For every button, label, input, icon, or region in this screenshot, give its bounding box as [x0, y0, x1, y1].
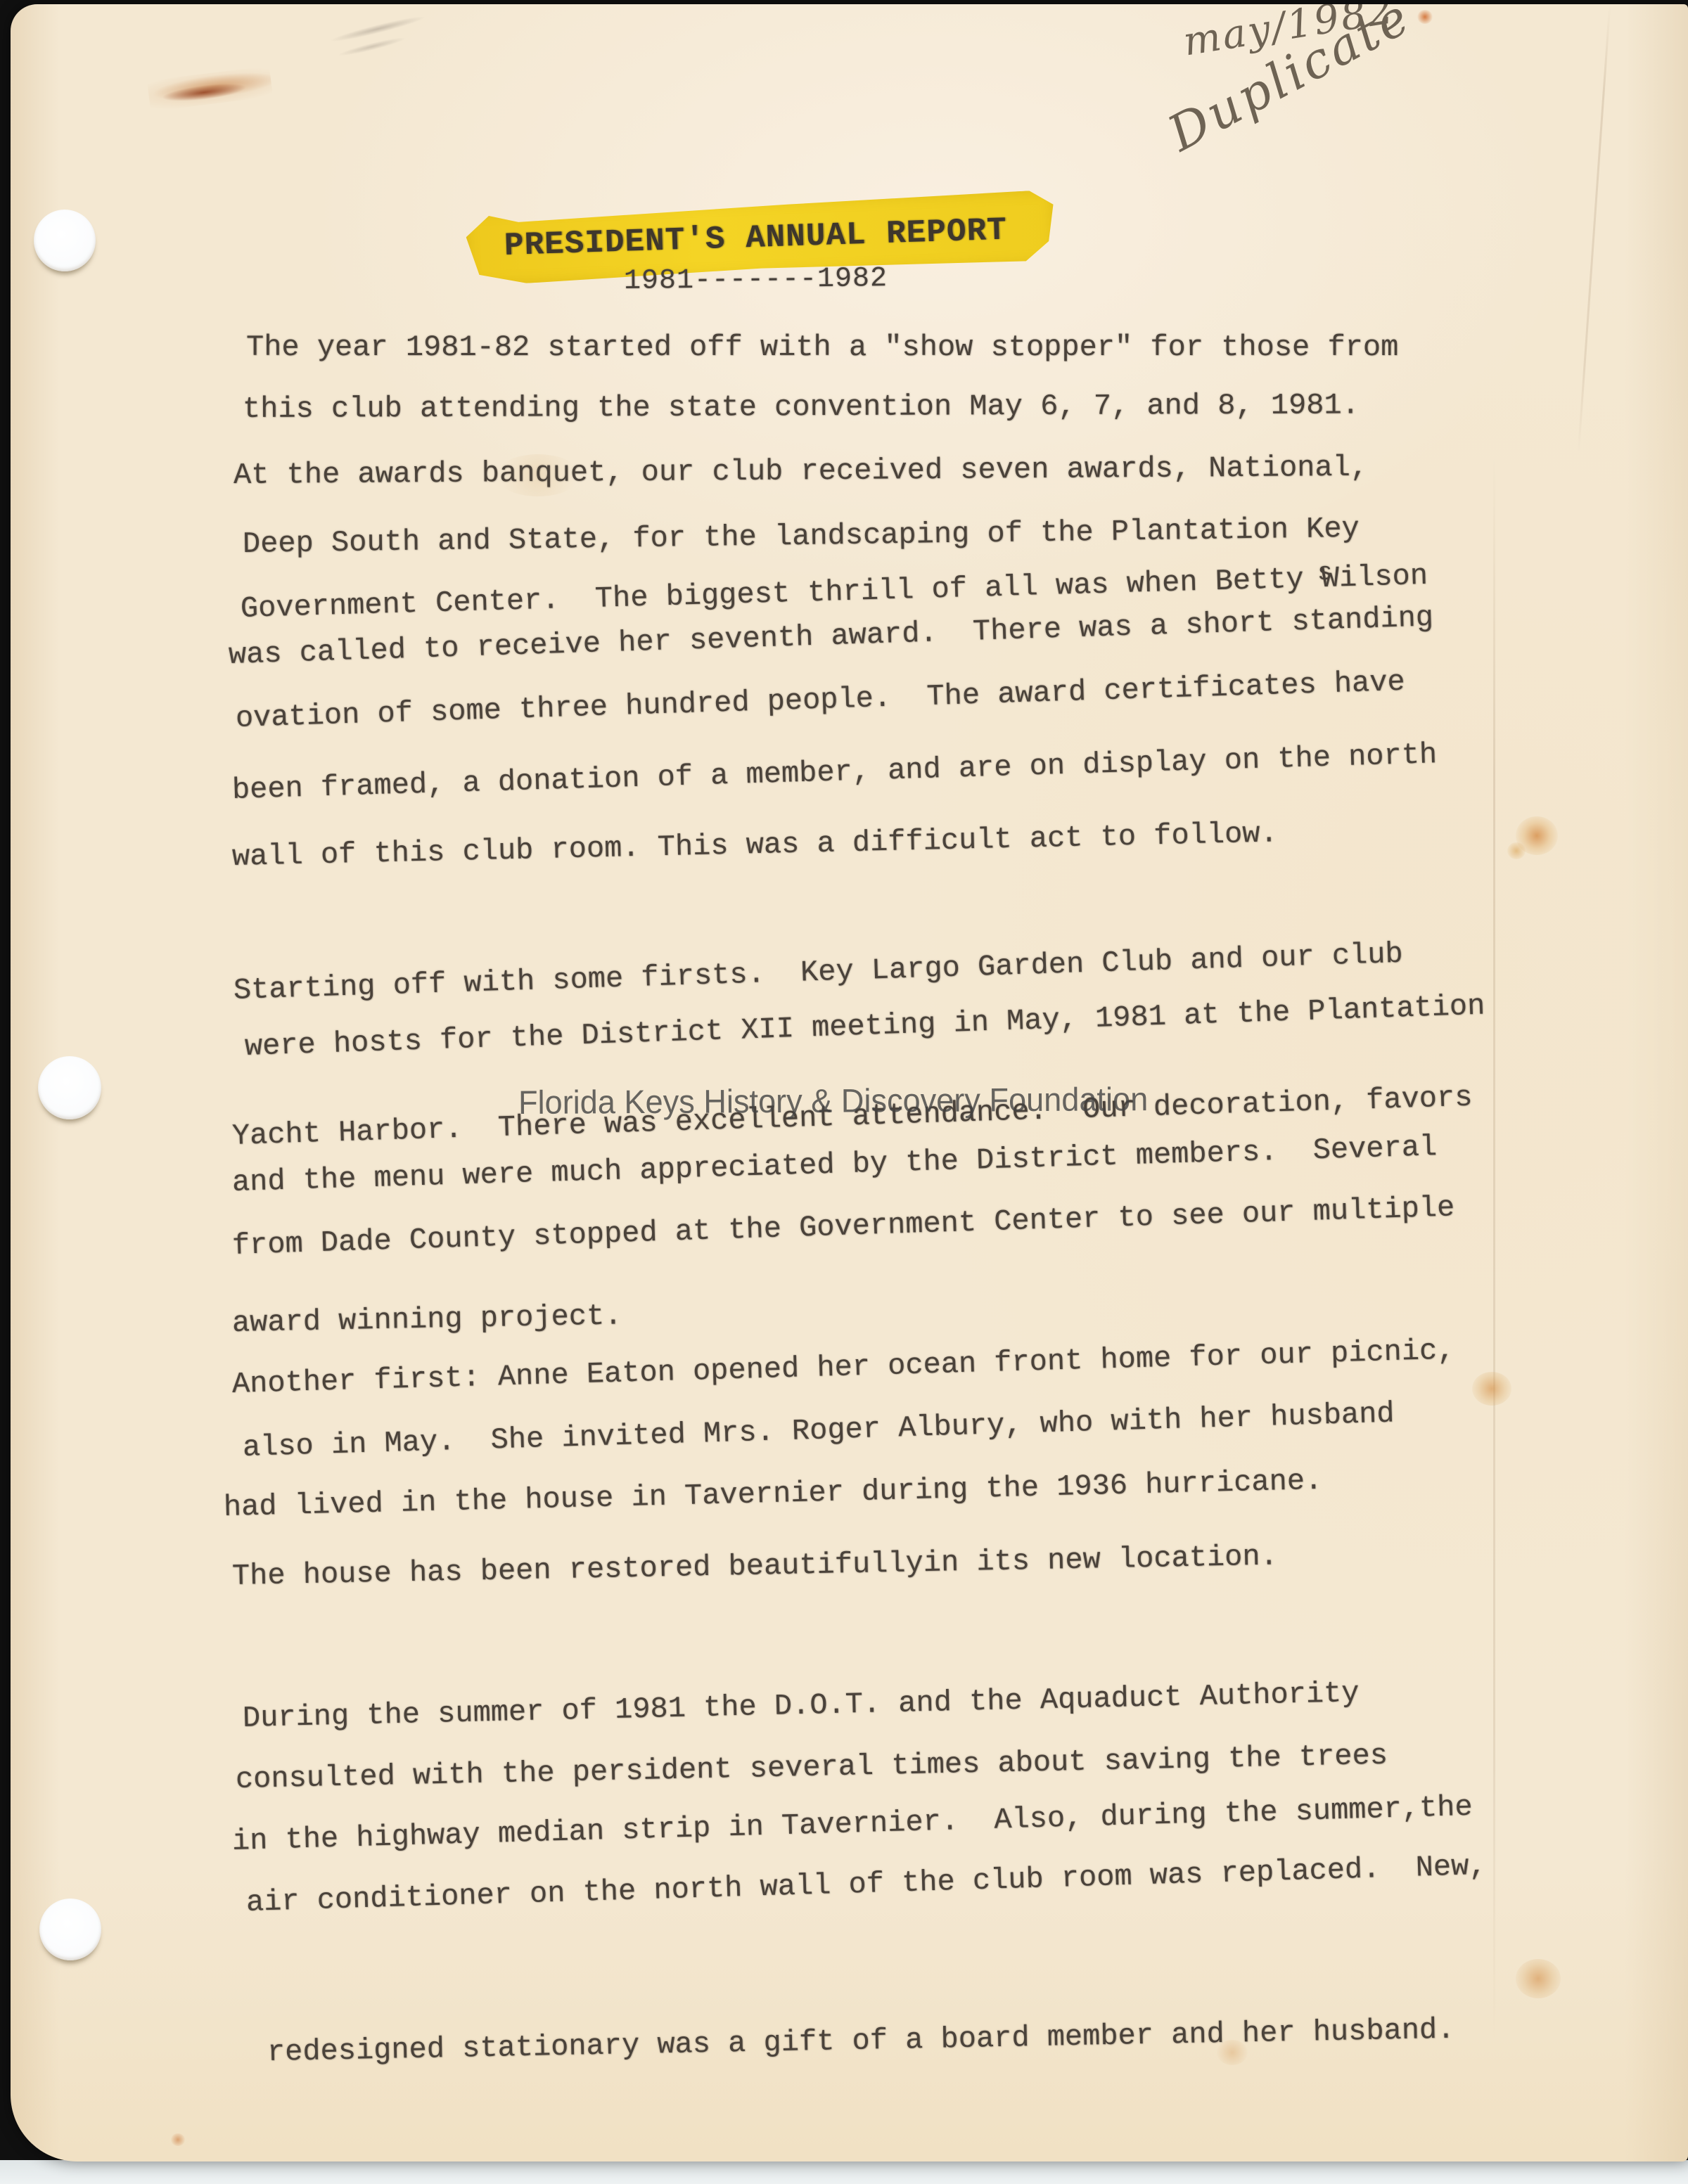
stain-dot	[1417, 10, 1433, 24]
stain-dot	[1472, 1372, 1511, 1406]
typed-line: The house has been restored beautifullyi…	[232, 1539, 1279, 1593]
report-years: 1981-------1982	[624, 263, 888, 297]
pencil-scratch-mark	[327, 6, 432, 68]
typed-line: this club attending the state convention…	[243, 388, 1360, 426]
typed-line: been framed, a donation of a member, and…	[231, 738, 1438, 807]
stain-dot	[171, 2133, 185, 2146]
paper-sheet: may/1982 Duplicate PRESIDENT'S ANNUAL RE…	[11, 4, 1688, 2161]
vertical-crease	[1493, 454, 1495, 2043]
typed-line: ovation of some three hundred people. Th…	[235, 665, 1405, 736]
superscript-correction: s	[1317, 558, 1333, 587]
scanned-document-screenshot: { "document": { "handwritten_notes": { "…	[0, 0, 1688, 2184]
typed-line: At the awards banquet, our club received…	[234, 451, 1368, 492]
stain-dot	[1507, 842, 1526, 859]
typed-line: The year 1981-82 started off with a "sho…	[246, 330, 1398, 364]
typed-line: Another first: Anne Eaton opened her oce…	[231, 1333, 1455, 1401]
typed-line: also in May. She invited Mrs. Roger Albu…	[242, 1396, 1395, 1465]
typed-line: in the highway median strip in Tavernier…	[231, 1790, 1473, 1858]
corner-crease	[1578, 5, 1611, 454]
typed-line: consulted with the persident several tim…	[235, 1739, 1388, 1797]
scanner-background	[0, 2160, 1688, 2184]
archive-watermark: Florida Keys History & Discovery Foundat…	[518, 1079, 1148, 1122]
typed-line: wall of this club room. This was a diffi…	[231, 816, 1278, 874]
punch-hole-bottom	[39, 1899, 101, 1960]
typed-line: Deep South and State, for the landscapin…	[243, 512, 1360, 561]
typed-line: from Dade County stopped at the Governme…	[231, 1190, 1455, 1263]
stain-dot	[1516, 1959, 1561, 1998]
rust-stain	[147, 66, 273, 112]
typed-line: redesigned stationary was a gift of a bo…	[267, 2013, 1455, 2069]
typed-line: air conditioner on the north wall of the…	[245, 1849, 1487, 1920]
typed-line: During the summer of 1981 the D.O.T. and…	[242, 1676, 1360, 1735]
punch-hole-middle	[38, 1056, 101, 1119]
punch-hole-top	[34, 210, 96, 271]
typed-line: had lived in the house in Tavernier duri…	[223, 1464, 1322, 1524]
typed-line: award winning project.	[232, 1299, 622, 1340]
